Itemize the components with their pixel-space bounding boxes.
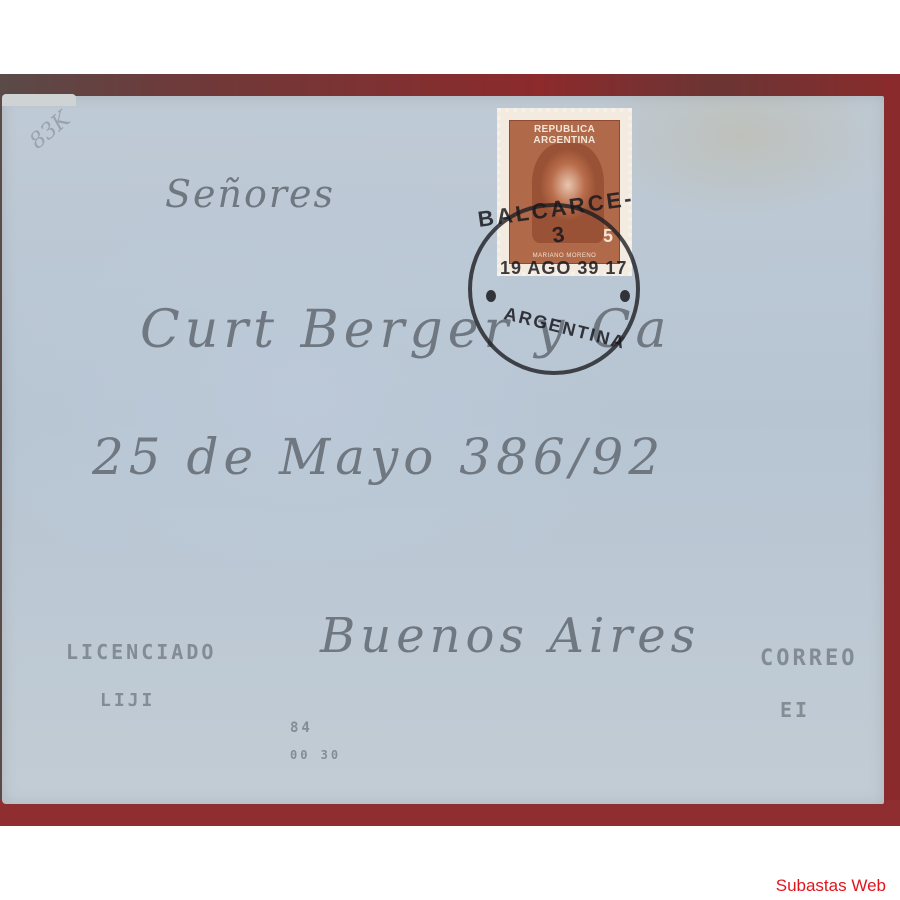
postmark-date: 19 AGO 39 17 [500, 258, 627, 279]
street-address: 25 de Mayo 386/92 [92, 428, 665, 486]
postmark-dot-right [620, 290, 630, 302]
cancellation-left: LICENCIADO [66, 640, 216, 664]
cancellation-mark-center-2: 00 30 [290, 748, 341, 762]
envelope-corner [2, 94, 76, 106]
cancellation-mark-left: LIJI [100, 690, 155, 711]
watermark: Subastas Web [776, 876, 886, 896]
scan-backdrop-edge [884, 74, 900, 826]
city: Buenos Aires [320, 608, 700, 664]
postmark-dot-left [486, 290, 496, 302]
cancellation-mark-right: EI [780, 698, 810, 722]
cancellation-right: CORREO [760, 646, 857, 671]
cancellation-mark-center: 84 [290, 720, 313, 736]
salutation: Señores [165, 172, 335, 216]
